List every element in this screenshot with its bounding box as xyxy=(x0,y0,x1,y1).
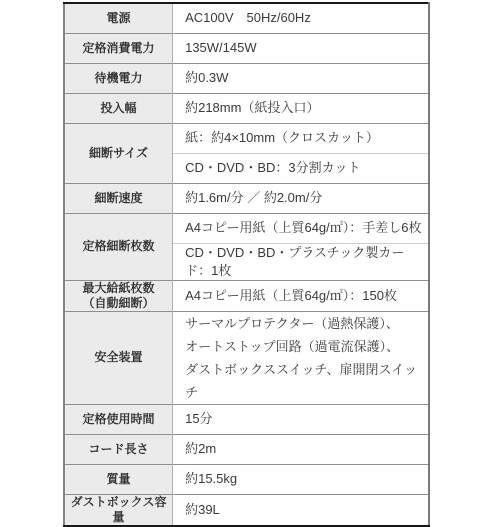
spec-value: 15分 xyxy=(173,404,429,434)
spec-row-rated-power-consumption: 定格消費電力 135W/145W xyxy=(64,33,429,63)
spec-table-container: 電源 AC100V 50Hz/60Hz 定格消費電力 135W/145W 待機電… xyxy=(63,2,430,527)
spec-value: AC100V 50Hz/60Hz xyxy=(173,3,429,33)
spec-value: A4コピー用紙（上質64g/㎡）：手差し6枚 xyxy=(173,213,429,243)
spec-label: 細断サイズ xyxy=(64,123,173,183)
spec-label: 定格使用時間 xyxy=(64,404,173,434)
spec-row-rated-use-time: 定格使用時間 15分 xyxy=(64,404,429,434)
spec-value: 約218mm（紙投入口） xyxy=(173,93,429,123)
spec-table: 電源 AC100V 50Hz/60Hz 定格消費電力 135W/145W 待機電… xyxy=(63,2,430,527)
spec-label: 定格細断枚数 xyxy=(64,213,173,280)
spec-label: 質量 xyxy=(64,464,173,494)
spec-row-safety-devices: 安全装置 サーマルプロテクター（過熱保護）、 オートストップ回路（過電流保護）、… xyxy=(64,311,429,404)
spec-row-power: 電源 AC100V 50Hz/60Hz xyxy=(64,3,429,33)
spec-row-weight: 質量 約15.5kg xyxy=(64,464,429,494)
spec-label: 細断速度 xyxy=(64,183,173,213)
spec-label: 電源 xyxy=(64,3,173,33)
spec-value: 約15.5kg xyxy=(173,464,429,494)
spec-value: 135W/145W xyxy=(173,33,429,63)
spec-row-standby-power: 待機電力 約0.3W xyxy=(64,63,429,93)
spec-value: A4コピー用紙（上質64g/㎡）：150枚 xyxy=(173,280,429,311)
spec-row-feed-width: 投入幅 約218mm（紙投入口） xyxy=(64,93,429,123)
spec-row-dust-box-capacity: ダストボックス容量 約39L xyxy=(64,494,429,526)
spec-value: 紙：約4×10mm（クロスカット） xyxy=(173,123,429,153)
spec-label: コード長さ xyxy=(64,434,173,464)
spec-row-shred-size: 細断サイズ 紙：約4×10mm（クロスカット） xyxy=(64,123,429,153)
spec-value: 約1.6m/分 ／ 約2.0m/分 xyxy=(173,183,429,213)
spec-value: CD・DVD・BD・プラスチック製カード：1枚 xyxy=(173,243,429,280)
spec-label: 待機電力 xyxy=(64,63,173,93)
spec-value: CD・DVD・BD：3分割カット xyxy=(173,153,429,183)
spec-row-cord-length: コード長さ 約2m xyxy=(64,434,429,464)
spec-value: 約2m xyxy=(173,434,429,464)
spec-value: サーマルプロテクター（過熱保護）、 オートストップ回路（過電流保護）、 ダストボ… xyxy=(173,311,429,404)
spec-row-max-feed-sheets: 最大給紙枚数 （自動細断） A4コピー用紙（上質64g/㎡）：150枚 xyxy=(64,280,429,311)
spec-value: 約39L xyxy=(173,494,429,526)
spec-label: 安全装置 xyxy=(64,311,173,404)
spec-label: 最大給紙枚数 （自動細断） xyxy=(64,280,173,311)
spec-label: ダストボックス容量 xyxy=(64,494,173,526)
spec-value: 約0.3W xyxy=(173,63,429,93)
spec-label: 定格消費電力 xyxy=(64,33,173,63)
spec-row-shred-speed: 細断速度 約1.6m/分 ／ 約2.0m/分 xyxy=(64,183,429,213)
spec-label: 投入幅 xyxy=(64,93,173,123)
spec-row-rated-sheet-capacity: 定格細断枚数 A4コピー用紙（上質64g/㎡）：手差し6枚 xyxy=(64,213,429,243)
